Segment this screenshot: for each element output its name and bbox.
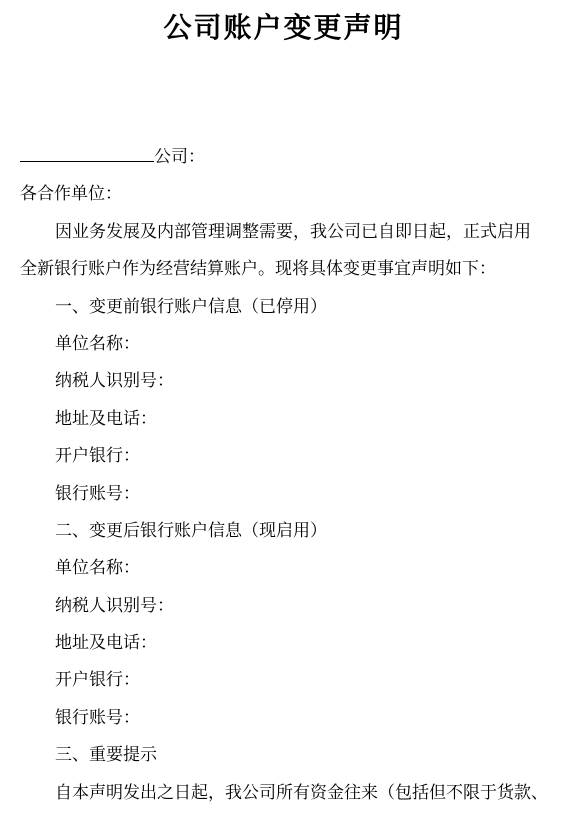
- document-page: 公司账户变更声明 公司：各合作单位：因业务发展及内部管理调整需要，我公司已自即日…: [0, 0, 571, 826]
- doc-line-text: 开户银行：: [55, 446, 140, 465]
- doc-line: 单位名称：: [20, 549, 547, 586]
- doc-line-text: 一、变更前银行账户信息（已停用）: [55, 297, 327, 316]
- doc-heading-line: 二、变更后银行账户信息（现启用）: [20, 512, 547, 549]
- doc-line-text: 纳税人识别号：: [55, 596, 174, 615]
- doc-line-text: 公司：: [154, 147, 205, 166]
- document-title: 公司账户变更声明: [20, 12, 547, 46]
- doc-line: 全新银行账户作为经营结算账户。现将具体变更事宜声明如下：: [20, 250, 547, 287]
- doc-line-text: 地址及电话：: [55, 409, 157, 428]
- doc-line: 自本声明发出之日起，我公司所有资金往来（包括但不限于货款、: [20, 774, 547, 811]
- doc-line: 各合作单位：: [20, 175, 547, 212]
- doc-line: 地址及电话：: [20, 400, 547, 437]
- doc-line-text: 纳税人识别号：: [55, 371, 174, 390]
- doc-heading-line: 三、重要提示: [20, 736, 547, 773]
- doc-line: 银行账号：: [20, 475, 547, 512]
- doc-line: 地址及电话：: [20, 624, 547, 661]
- doc-line-text: 银行账号：: [55, 484, 140, 503]
- doc-line-text: 单位名称：: [55, 558, 140, 577]
- doc-line-text: 地址及电话：: [55, 633, 157, 652]
- doc-line: 因业务发展及内部管理调整需要，我公司已自即日起，正式启用: [20, 213, 547, 250]
- doc-line-text: 银行账号：: [55, 708, 140, 727]
- doc-line: 开户银行：: [20, 661, 547, 698]
- doc-line: 公司：: [20, 138, 547, 175]
- doc-line-text: 二、变更后银行账户信息（现启用）: [55, 521, 327, 540]
- doc-line-text: 单位名称：: [55, 334, 140, 353]
- doc-line-text: 因业务发展及内部管理调整需要，我公司已自即日起，正式启用: [55, 222, 531, 241]
- doc-heading-line: 一、变更前银行账户信息（已停用）: [20, 288, 547, 325]
- doc-line: 开户银行：: [20, 437, 547, 474]
- blank-underline: [20, 146, 154, 162]
- doc-line: 单位名称：: [20, 325, 547, 362]
- doc-body: 公司：各合作单位：因业务发展及内部管理调整需要，我公司已自即日起，正式启用全新银…: [20, 138, 547, 811]
- doc-line: 纳税人识别号：: [20, 362, 547, 399]
- doc-line-text: 三、重要提示: [55, 745, 157, 764]
- doc-line-text: 自本声明发出之日起，我公司所有资金往来（包括但不限于货款、: [55, 783, 548, 802]
- doc-line: 纳税人识别号：: [20, 587, 547, 624]
- doc-line-text: 各合作单位：: [20, 184, 122, 203]
- doc-line-text: 开户银行：: [55, 670, 140, 689]
- doc-line-text: 全新银行账户作为经营结算账户。现将具体变更事宜声明如下：: [20, 259, 496, 278]
- doc-line: 银行账号：: [20, 699, 547, 736]
